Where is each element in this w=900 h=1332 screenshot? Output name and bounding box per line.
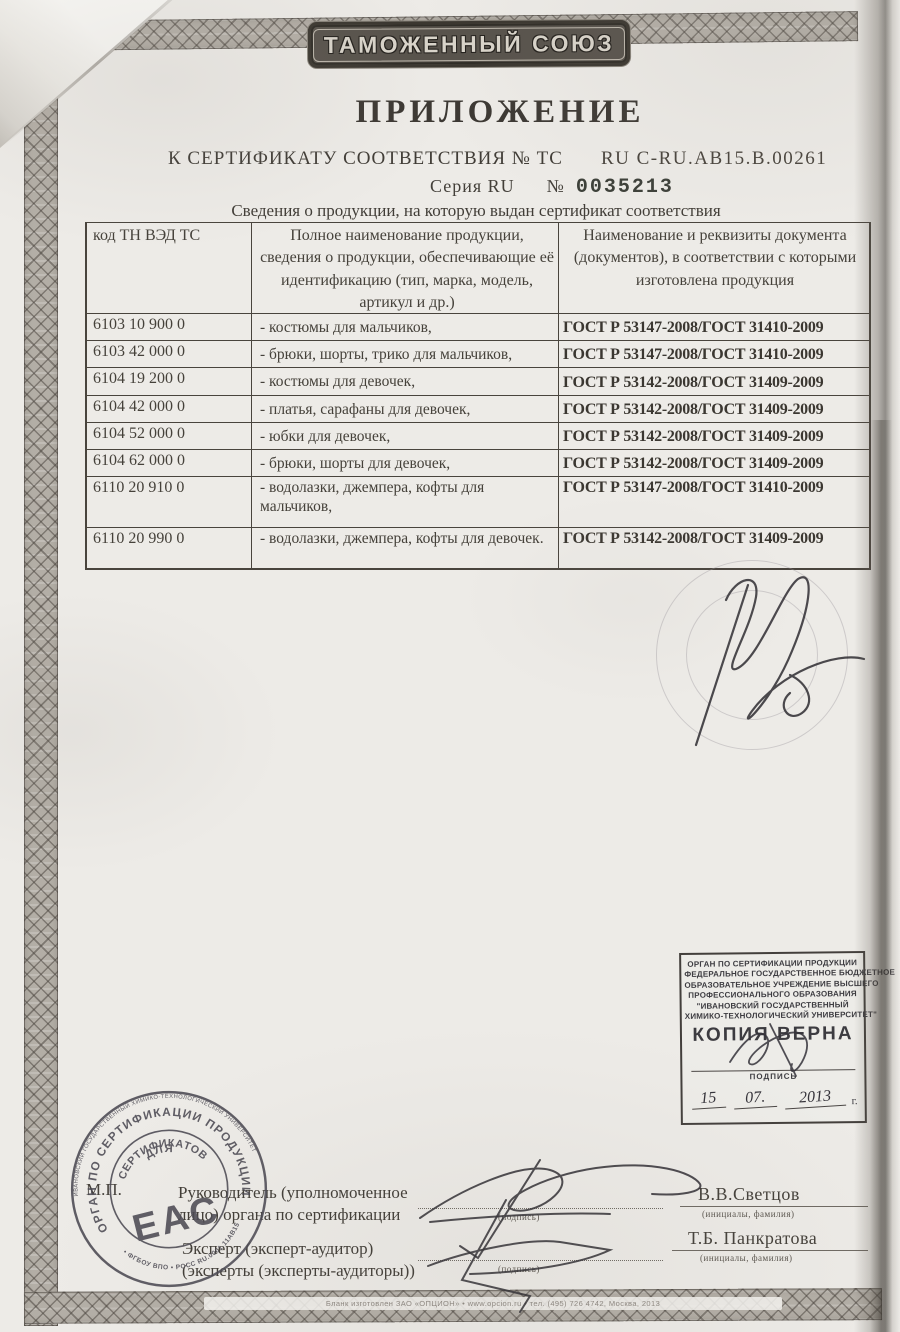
cell-code: 6104 52 000 0 [87,423,252,449]
cell-code: 6104 42 000 0 [87,396,252,422]
eac-center-mark: ЕАС [128,1188,224,1250]
products-table: код ТН ВЭД ТС Полное наименование продук… [85,222,871,570]
table-row: 6104 52 000 0 - юбки для девочек, ГОСТ Р… [87,422,869,449]
table-row: 6104 62 000 0 - брюки, шорты для девочек… [87,449,869,476]
stamp-date-day: 15 [691,1089,726,1110]
cell-code: 6110 20 910 0 [87,477,252,527]
cell-doc: ГОСТ Р 53147-2008/ГОСТ 31410-2009 [559,314,869,340]
stamp-date-year: 2013 [784,1087,846,1110]
stamp-date-suffix: г. [852,1095,858,1107]
cell-code: 6103 10 900 0 [87,314,252,340]
cell-code: 6104 62 000 0 [87,450,252,476]
page-title: ПРИЛОЖЕНИЕ [250,94,750,131]
handwritten-signature-expert [410,1180,660,1320]
series-number-sign: № [547,176,564,196]
table-row: 6103 10 900 0 - костюмы для мальчиков, Г… [87,313,869,340]
banner-title: ТАМОЖЕННЫЙ СОЮЗ [324,29,614,57]
table-row: 6104 42 000 0 - платья, сарафаны для дев… [87,395,869,422]
cell-name: - брюки, шорты, трико для мальчиков, [252,341,559,367]
cell-doc: ГОСТ Р 53147-2008/ГОСТ 31410-2009 [559,341,869,367]
guilloche-border-left [24,86,58,1326]
cell-doc: ГОСТ Р 53142-2008/ГОСТ 31409-2009 [559,423,869,449]
cell-name: - водолазки, джемпера, кофты для девочек… [252,528,559,568]
customs-union-banner: ТАМОЖЕННЫЙ СОЮЗ [308,20,630,68]
cell-code: 6103 42 000 0 [87,341,252,367]
stamp-date-row: 15 07. 2013 г. [692,1088,858,1109]
cell-name: - костюмы для девочек, [252,368,559,395]
series-number: 0035213 [576,176,674,199]
cell-doc: ГОСТ Р 53142-2008/ГОСТ 31409-2009 [559,450,869,476]
series-row: Серия RU № 0035213 [430,176,870,199]
cell-name: - юбки для девочек, [252,423,559,449]
certificate-reference-row: К СЕРТИФИКАТУ СООТВЕТСТВИЯ № ТС RU C-RU.… [168,148,868,170]
eac-round-stamp: ИВАНОВСКИЙ ГОСУДАРСТВЕННЫЙ ХИМИКО-ТЕХНОЛ… [66,1086,272,1292]
stamp-date-month: 07. [733,1088,777,1110]
handwritten-signature-stamp [700,1010,870,1080]
handwritten-signature-top [640,555,900,765]
cell-name: - брюки, шорты для девочек, [252,450,559,476]
cell-name: - водолазки, джемпера, кофты для мальчик… [252,477,559,527]
cell-name: - платья, сарафаны для девочек, [252,396,559,422]
certificate-number: RU C-RU.АВ15.В.00261 [601,148,827,169]
table-row: 6104 19 200 0 - костюмы для девочек, ГОС… [87,367,869,395]
col-header-name: Полное наименование продукции, сведения … [252,223,559,313]
col-header-doc: Наименование и реквизиты документа (доку… [559,223,869,313]
cell-name: - костюмы для мальчиков, [252,314,559,340]
cell-doc: ГОСТ Р 53142-2008/ГОСТ 31409-2009 [559,368,869,395]
table-caption: Сведения о продукции, на которую выдан с… [85,201,867,221]
table-row: 6110 20 910 0 - водолазки, джемпера, коф… [87,476,869,527]
banner-inner-frame: ТАМОЖЕННЫЙ СОЮЗ [313,26,626,61]
cell-code: 6104 19 200 0 [87,368,252,395]
certificate-reference-label: К СЕРТИФИКАТУ СООТВЕТСТВИЯ № ТС [168,148,563,169]
scanned-certificate-page: ТАМОЖЕННЫЙ СОЮЗ ПРИЛОЖЕНИЕ К СЕРТИФИКАТУ… [0,0,900,1332]
cell-code: 6110 20 990 0 [87,528,252,568]
cell-doc: ГОСТ Р 53142-2008/ГОСТ 31409-2009 [559,396,869,422]
cell-doc: ГОСТ Р 53147-2008/ГОСТ 31410-2009 [559,477,869,527]
table-header-row: код ТН ВЭД ТС Полное наименование продук… [87,223,869,313]
series-label: Серия RU [430,176,515,196]
table-row: 6103 42 000 0 - брюки, шорты, трико для … [87,340,869,367]
col-header-code: код ТН ВЭД ТС [87,223,252,313]
